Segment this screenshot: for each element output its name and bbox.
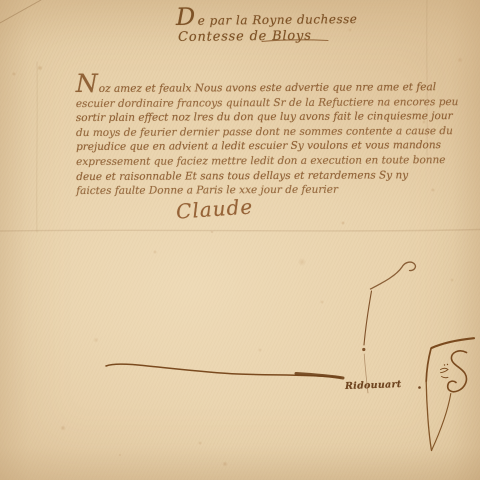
body-line: faictes faulte Donne a Paris le xxe jour… <box>76 182 476 199</box>
heading-line-2: Contesse de Bloys <box>178 28 358 45</box>
foxing-stains <box>0 0 480 480</box>
paraph-abbrev-mark-1 <box>441 368 449 372</box>
paraph-descender <box>426 382 431 451</box>
curl-flourish <box>371 262 416 289</box>
curl-flourish-stem <box>364 291 372 345</box>
paraph-accent-dot-2 <box>447 364 448 365</box>
letter-body: Noz amez et feaulx Nous avons este adver… <box>76 75 477 199</box>
paraph-abbrev-mark-2 <box>442 377 449 378</box>
long-flourish-end <box>296 374 343 379</box>
paraph-upstroke <box>432 394 451 451</box>
heading-line-1: De par la Royne duchesse <box>176 10 358 28</box>
long-flourish <box>106 364 341 378</box>
flourish-dot <box>362 348 365 351</box>
corner-crease <box>0 0 41 23</box>
countersignature: Ridouuart <box>345 379 402 392</box>
body-line: Noz amez et feaulx Nous avons este adver… <box>76 75 476 97</box>
royal-signature: Claude <box>175 194 254 223</box>
fold-crease-horizontal <box>0 230 480 232</box>
manuscript-letter-photo: De par la Royne duchesse Contesse de Blo… <box>0 0 480 480</box>
paraph-accent-dot-1 <box>444 364 445 365</box>
flourish-overlay <box>0 0 480 480</box>
paraph-stem <box>426 349 431 382</box>
countersignature-period <box>418 386 421 389</box>
letter-heading: De par la Royne duchesse Contesse de Blo… <box>176 10 358 45</box>
paraph-top-bar <box>432 338 475 348</box>
fold-crease-left <box>37 62 38 232</box>
paraph-s <box>448 351 467 392</box>
